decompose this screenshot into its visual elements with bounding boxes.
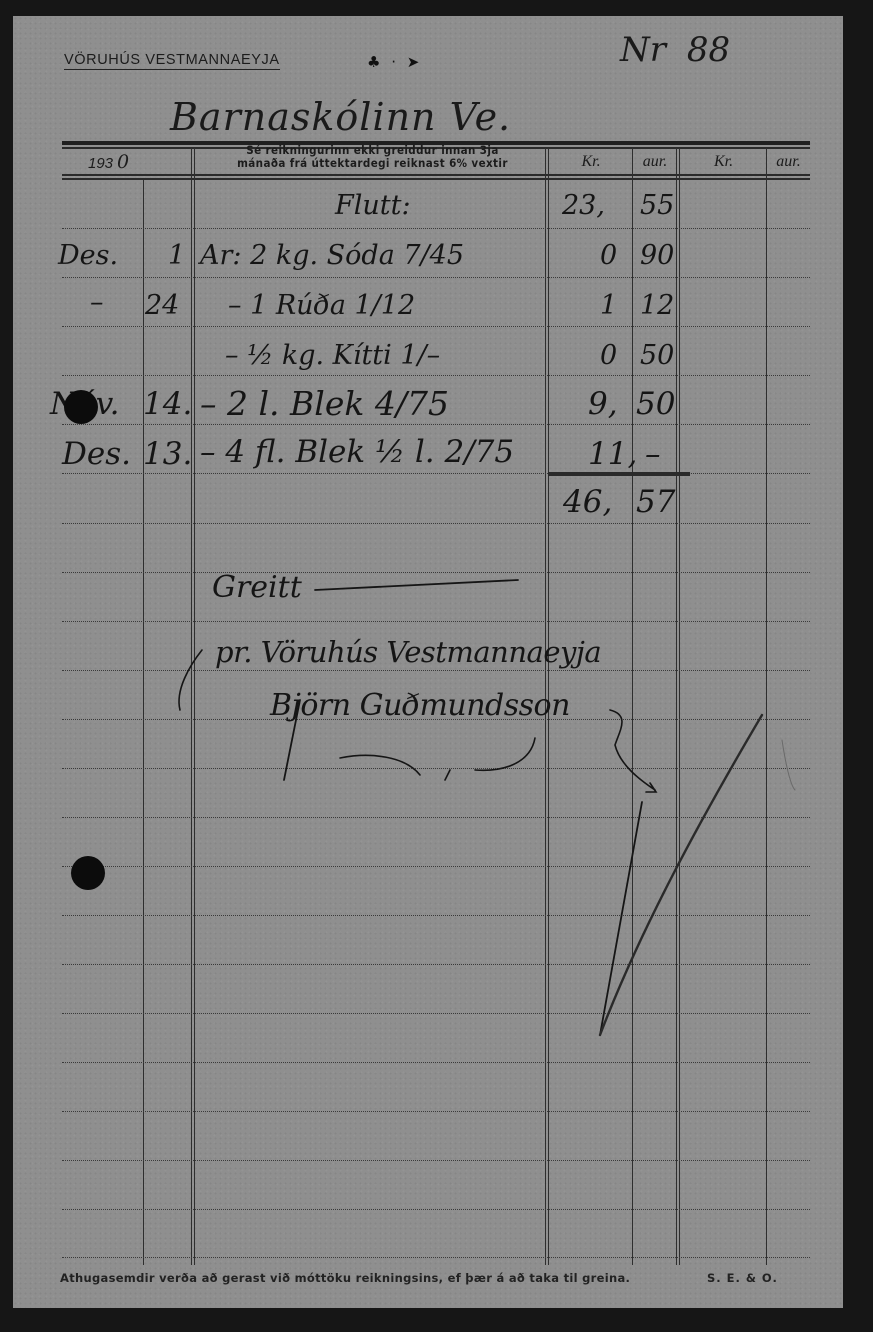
footer-se-o: S. E. & O. bbox=[707, 1271, 778, 1285]
footer-notice: Athugasemdir verða að gerast við móttöku… bbox=[60, 1271, 630, 1285]
pen-strokes bbox=[0, 0, 873, 1332]
